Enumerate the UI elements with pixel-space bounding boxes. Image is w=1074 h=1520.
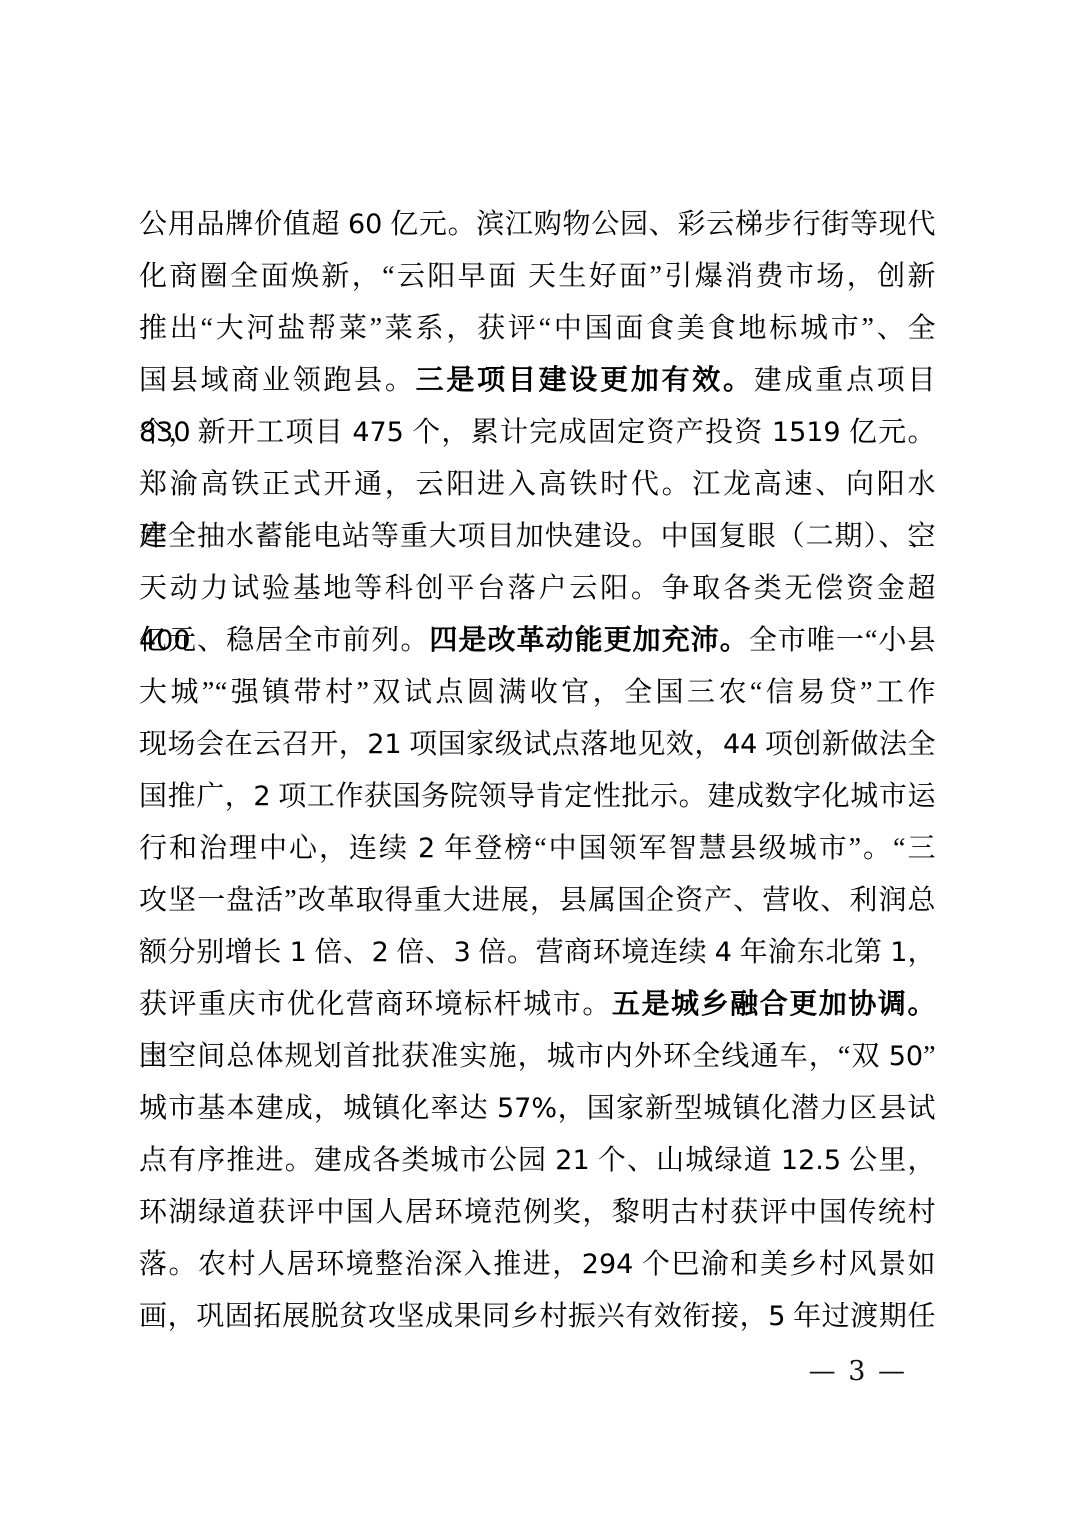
text-run: 国县域商业领跑县。 [139, 365, 416, 396]
text-line: 环湖绿道获评中国人居环境范例奖，黎明古村获评中国传统村 [139, 1187, 936, 1239]
numeric-text: 4 [715, 937, 732, 968]
numeric-text: 1 [290, 937, 307, 968]
numeric-text: 1 [890, 937, 907, 968]
text-run: 个，新开工项目 475 个，累计完成固定资产投资 1519 亿元。 [139, 417, 936, 448]
numeric-text: 50 [889, 1041, 923, 1072]
numeric-text: 2 [253, 781, 270, 812]
text-line: 攻坚一盘活”改革取得重大进展，县属国企资产、营收、利润总 [139, 875, 936, 927]
text-line: 个，新开工项目 475 个，累计完成固定资产投资 1519 亿元。 [139, 407, 936, 459]
text-run: 获评重庆市优化营商环境标杆城市。 [139, 989, 612, 1020]
numeric-text: 475 [352, 417, 404, 448]
numeric-text: 21 [367, 729, 401, 760]
numeric-text: 12.5 [781, 1145, 841, 1176]
bold-heading-run: 五是城乡融合更加协调。 [612, 989, 936, 1020]
numeric-text: 2 [418, 833, 435, 864]
text-line: 化商圈全面焕新，“云阳早面 天生好面”引爆消费市场，创新 [139, 251, 936, 303]
text-line: 国推广，2 项工作获国务院领导肯定性批示。建成数字化城市运 [139, 771, 936, 823]
numeric-text: 21 [555, 1145, 589, 1176]
text-line: 推出“大河盐帮菜”菜系，获评“中国面食美食地标城市”、全 [139, 303, 936, 355]
text-run: 国推广，2 项工作获国务院领导肯定性批示。建成数字化城市运 [139, 781, 936, 812]
text-line: 城市基本建成，城镇化率达 57%，国家新型城镇化潜力区县试 [139, 1083, 936, 1135]
text-line: 亿元、稳居全市前列。四是改革动能更加充沛。全市唯一“小县 [139, 615, 936, 667]
numeric-text: 57% [497, 1093, 557, 1124]
text-run: 大城”“强镇带村”双试点圆满收官，全国三农“信易贷”工作 [139, 677, 936, 708]
text-run: 画，巩固拓展脱贫攻坚成果同乡村振兴有效衔接，5 年过渡期任 [139, 1301, 936, 1332]
text-line: 郑渝高铁正式开通，云阳进入高铁时代。江龙高速、向阳水库、 [139, 459, 936, 511]
numeric-text: 3 [454, 937, 471, 968]
text-line: 土空间总体规划首批获准实施，城市内外环全线通车，“双 50” [139, 1031, 936, 1083]
text-run: 亿元、稳居全市前列。 [139, 625, 429, 656]
text-run: 全市唯一“小县 [749, 625, 936, 656]
text-run: 城市基本建成，城镇化率达 57%，国家新型城镇化潜力区县试 [139, 1093, 936, 1124]
bold-heading-run: 四是改革动能更加充沛。 [429, 625, 748, 656]
text-line: 天动力试验基地等科创平台落户云阳。争取各类无偿资金超 400 [139, 563, 936, 615]
text-line: 大城”“强镇带村”双试点圆满收官，全国三农“信易贷”工作 [139, 667, 936, 719]
numeric-text: 2 [372, 937, 389, 968]
text-run: 土空间总体规划首批获准实施，城市内外环全线通车，“双 50” [139, 1041, 936, 1072]
text-run: 环湖绿道获评中国人居环境范例奖，黎明古村获评中国传统村 [139, 1197, 936, 1228]
text-line: 落。农村人居环境整治深入推进，294 个巴渝和美乡村风景如 [139, 1239, 936, 1291]
text-line: 国县域商业领跑县。三是项目建设更加有效。建成重点项目 830 [139, 355, 936, 407]
text-line: 行和治理中心，连续 2 年登榜“中国领军智慧县级城市”。“三 [139, 823, 936, 875]
page-number: — 3 — [809, 1352, 907, 1392]
text-run: 公用品牌价值超 60 亿元。滨江购物公园、彩云梯步行街等现代 [139, 209, 936, 240]
text-run: 点有序推进。建成各类城市公园 21 个、山城绿道 12.5 公里， [139, 1145, 936, 1176]
text-run: 推出“大河盐帮菜”菜系，获评“中国面食美食地标城市”、全 [139, 313, 936, 344]
text-line: 公用品牌价值超 60 亿元。滨江购物公园、彩云梯步行街等现代 [139, 199, 936, 251]
text-run: 化商圈全面焕新，“云阳早面 天生好面”引爆消费市场，创新 [139, 261, 936, 292]
document-body: 公用品牌价值超 60 亿元。滨江购物公园、彩云梯步行街等现代化商圈全面焕新，“云… [139, 199, 936, 1343]
document-page: 公用品牌价值超 60 亿元。滨江购物公园、彩云梯步行街等现代化商圈全面焕新，“云… [0, 0, 1074, 1520]
text-run: 现场会在云召开，21 项国家级试点落地见效，44 项创新做法全 [139, 729, 936, 760]
text-line: 点有序推进。建成各类城市公园 21 个、山城绿道 12.5 公里， [139, 1135, 936, 1187]
numeric-text: 1519 [772, 417, 841, 448]
text-line: 获评重庆市优化营商环境标杆城市。五是城乡融合更加协调。国 [139, 979, 936, 1031]
numeric-text: 44 [723, 729, 757, 760]
text-run: 行和治理中心，连续 2 年登榜“中国领军智慧县级城市”。“三 [139, 833, 936, 864]
text-run: 额分别增长 1 倍、2 倍、3 倍。营商环境连续 4 年渝东北第 1， [139, 937, 936, 968]
text-run: 攻坚一盘活”改革取得重大进展，县属国企资产、营收、利润总 [139, 885, 936, 916]
text-line: 现场会在云召开，21 项国家级试点落地见效，44 项创新做法全 [139, 719, 936, 771]
bold-heading-run: 三是项目建设更加有效。 [416, 365, 754, 396]
text-run: 建全抽水蓄能电站等重大项目加快建设。中国复眼（二期）、空 [139, 521, 936, 552]
numeric-text: 294 [582, 1249, 634, 1280]
numeric-text: 60 [348, 209, 382, 240]
text-line: 额分别增长 1 倍、2 倍、3 倍。营商环境连续 4 年渝东北第 1， [139, 927, 936, 979]
numeric-text: 5 [768, 1301, 785, 1332]
text-run: 落。农村人居环境整治深入推进，294 个巴渝和美乡村风景如 [139, 1249, 936, 1280]
text-line: 画，巩固拓展脱贫攻坚成果同乡村振兴有效衔接，5 年过渡期任 [139, 1291, 936, 1343]
text-line: 建全抽水蓄能电站等重大项目加快建设。中国复眼（二期）、空 [139, 511, 936, 563]
